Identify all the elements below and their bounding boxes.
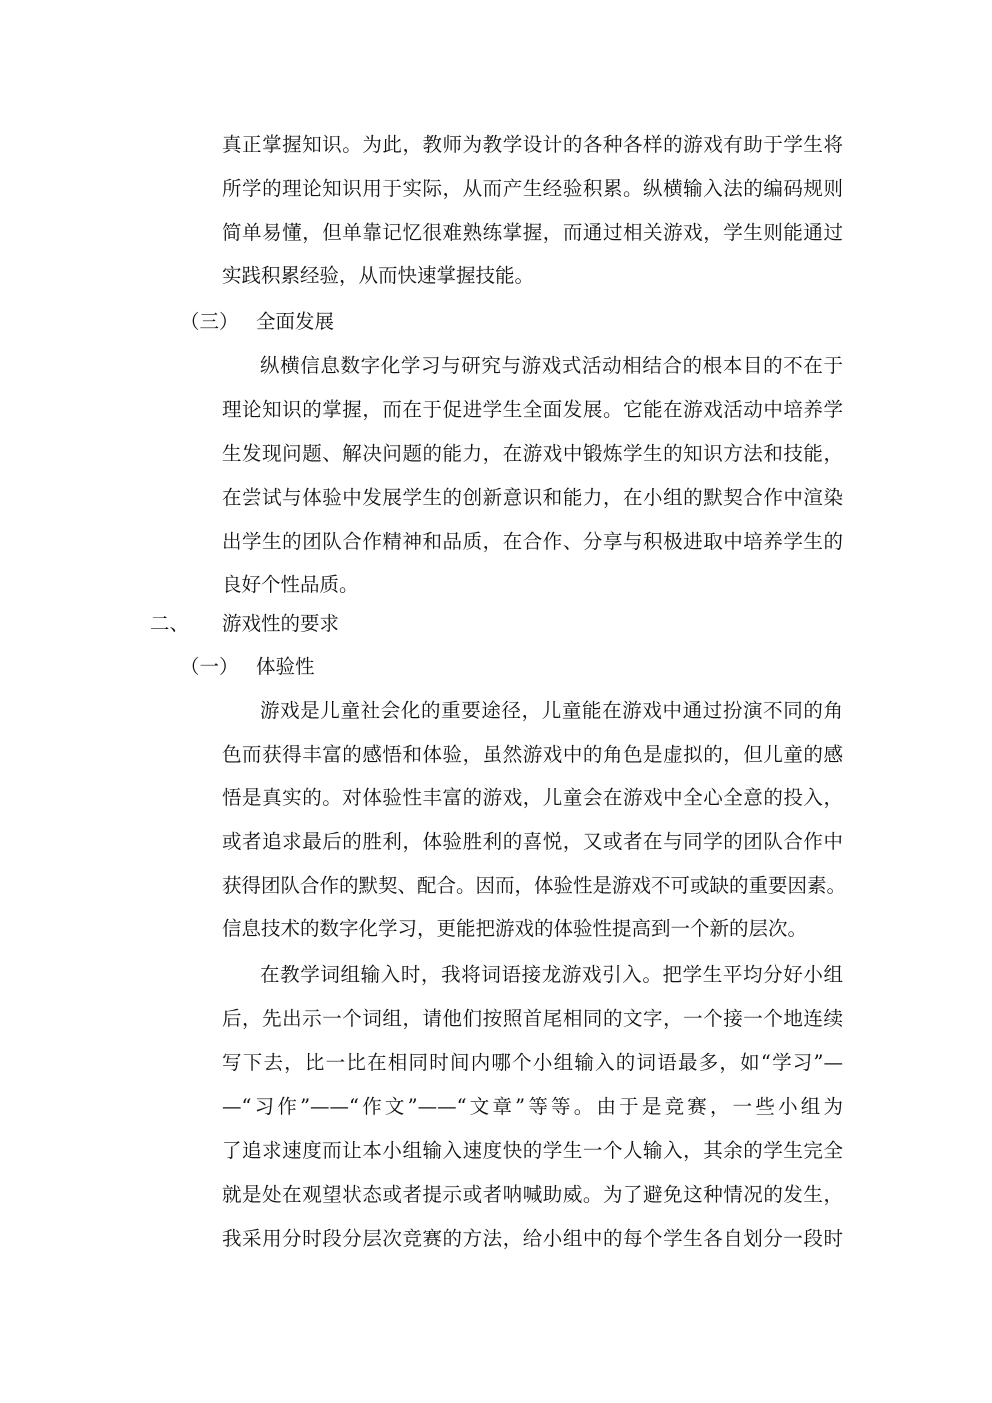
paragraph-line: 在尝试与体验中发展学生的创新意识和能力，在小组的默契合作中渲染 xyxy=(222,476,843,520)
section-heading-1: （一） 体验性 xyxy=(0,645,992,689)
paragraph-line: 了追求速度而让本小组输入速度快的学生一个人输入，其余的学生完全 xyxy=(222,1129,843,1173)
paragraph-line: 悟是真实的。对体验性丰富的游戏，儿童会在游戏中全心全意的投入， xyxy=(222,776,843,820)
paragraph-line: 写下去，比一比在相同时间内哪个小组输入的词语最多，如“学习”— xyxy=(222,1041,843,1085)
heading-number: （一） xyxy=(180,645,239,689)
paragraph-line: 后，先出示一个词组，请他们按照首尾相同的文字，一个接一个地连续 xyxy=(222,997,843,1041)
section-heading-3: （三） 全面发展 xyxy=(0,300,992,344)
paragraph-line: 实践积累经验，从而快速掌握技能。 xyxy=(222,254,843,298)
paragraph-line: 良好个性品质。 xyxy=(222,563,843,607)
paragraph-line: 简单易懂，但单靠记忆很难熟练掌握，而通过相关游戏，学生则能通过 xyxy=(222,211,843,255)
paragraph-line: 所学的理论知识用于实际，从而产生经验积累。纵横输入法的编码规则 xyxy=(222,167,843,211)
chapter-heading-2: 二、 游戏性的要求 xyxy=(0,602,992,646)
paragraph-line: 或者追求最后的胜利，体验胜利的喜悦，又或者在与同学的团队合作中 xyxy=(222,820,843,864)
paragraph-line: 我采用分时段分层次竞赛的方法，给小组中的每个学生各自划分一段时 xyxy=(222,1217,843,1261)
heading-number: （三） xyxy=(180,300,239,344)
paragraph-line: 出学生的团队合作精神和品质，在合作、分享与积极进取中培养学生的 xyxy=(222,520,843,564)
paragraph-line: 纵横信息数字化学习与研究与游戏式活动相结合的根本目的不在于 xyxy=(260,344,843,388)
document-page: 真正掌握知识。为此，教师为教学设计的各种各样的游戏有助于学生将 所学的理论知识用… xyxy=(0,0,992,1403)
paragraph-line: 信息技术的数字化学习，更能把游戏的体验性提高到一个新的层次。 xyxy=(222,907,843,951)
heading-text: 全面发展 xyxy=(256,300,334,344)
paragraph-line: 色而获得丰富的感悟和体验，虽然游戏中的角色是虚拟的，但儿童的感 xyxy=(222,733,843,777)
paragraph-line: 就是处在观望状态或者提示或者呐喊助威。为了避免这种情况的发生， xyxy=(222,1173,843,1217)
paragraph-line: 在教学词组输入时，我将词语接龙游戏引入。把学生平均分好小组 xyxy=(260,953,843,997)
heading-text: 体验性 xyxy=(256,645,315,689)
paragraph-line: 生发现问题、解决问题的能力，在游戏中锻炼学生的知识方法和技能， xyxy=(222,432,843,476)
paragraph-line: 理论知识的掌握，而在于促进学生全面发展。它能在游戏活动中培养学 xyxy=(222,388,843,432)
heading-number: 二、 xyxy=(150,602,189,646)
paragraph-line: —“习作”——“作文”——“文章”等等。由于是竞赛，一些小组为 xyxy=(222,1085,843,1129)
heading-text: 游戏性的要求 xyxy=(222,602,339,646)
paragraph-line: 游戏是儿童社会化的重要途径，儿童能在游戏中通过扮演不同的角 xyxy=(260,689,843,733)
paragraph-line: 获得团队合作的默契、配合。因而，体验性是游戏不可或缺的重要因素。 xyxy=(222,864,843,908)
paragraph-line: 真正掌握知识。为此，教师为教学设计的各种各样的游戏有助于学生将 xyxy=(222,123,843,167)
